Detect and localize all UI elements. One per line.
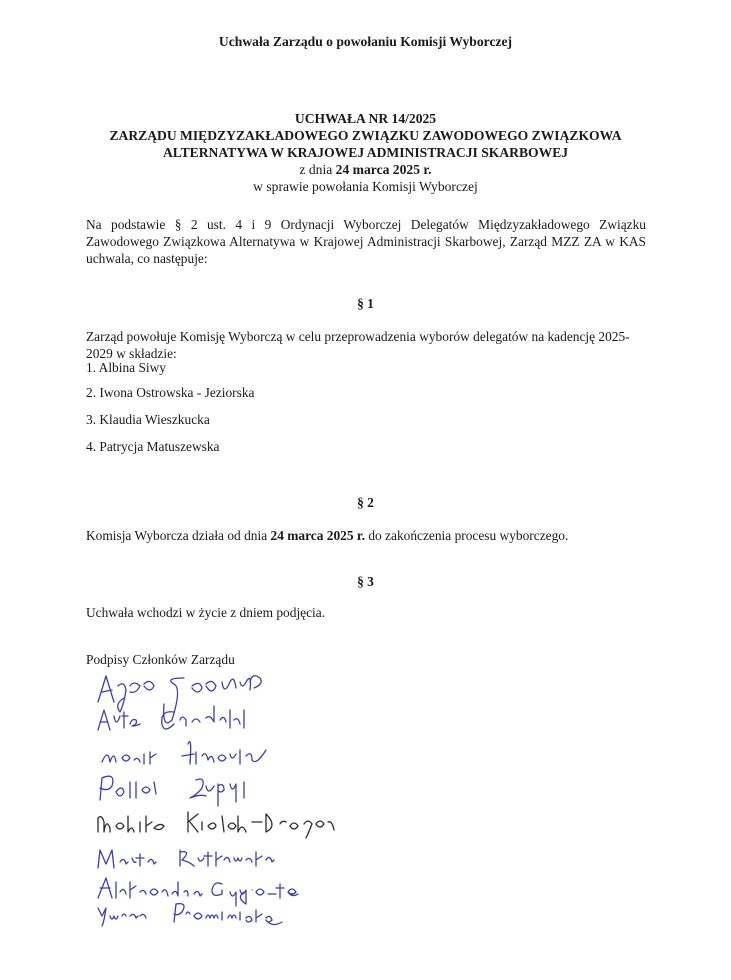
signature-stroke	[98, 878, 298, 906]
member-item: 3. Klaudia Wieszkucka	[86, 411, 666, 428]
page-header: Uchwała Zarządu o powołaniu Komisji Wybo…	[0, 34, 731, 50]
signature-stroke	[98, 904, 282, 926]
preamble-line1: Na podstawie § 2 ust. 4 i 9 Ordynacji Wy…	[86, 216, 646, 233]
signature-stroke	[98, 812, 334, 838]
date-prefix: z dnia	[299, 162, 335, 177]
section-2-text-after: do zakończenia procesu wyborczego.	[365, 528, 568, 543]
preamble-line2: Zawodowego Związkowa Alternatywa w Krajo…	[86, 233, 646, 250]
date-value: 24 marca 2025 r.	[336, 162, 432, 177]
section-1-heading: § 1	[0, 296, 731, 312]
section-2-date: 24 marca 2025 r.	[271, 528, 365, 543]
signature-stroke	[102, 742, 266, 765]
signatures-label: Podpisy Członków Zarządu	[86, 651, 666, 668]
handwritten-signatures	[84, 672, 384, 962]
signatures-area	[84, 672, 384, 962]
member-item: 2. Iwona Ostrowska - Jeziorska	[86, 384, 666, 401]
section-3-text: Uchwała wchodzi w życie z dniem podjęcia…	[86, 604, 666, 621]
member-item: 4. Patrycja Matuszewska	[86, 438, 666, 455]
signature-stroke	[100, 776, 244, 806]
resolution-date: z dnia 24 marca 2025 r.	[0, 161, 731, 178]
signature-stroke	[98, 706, 244, 730]
section-1-text-line1: Zarząd powołuje Komisję Wyborczą w celu …	[86, 328, 666, 345]
preamble-line3: uchwala, co następuje:	[86, 250, 666, 267]
section-3-heading: § 3	[0, 574, 731, 590]
resolution-body-line1: ZARZĄDU MIĘDZYZAKŁADOWEGO ZWIĄZKU ZAWODO…	[0, 127, 731, 144]
resolution-subject: w sprawie powołania Komisji Wyborczej	[0, 178, 731, 195]
member-item: 1. Albina Siwy	[86, 359, 666, 376]
section-2-text: Komisja Wyborcza działa od dnia 24 marca…	[86, 527, 666, 544]
section-2-heading: § 2	[0, 495, 731, 511]
resolution-body-line2: ALTERNATYWA W KRAJOWEJ ADMINISTRACJI SKA…	[0, 144, 731, 161]
signature-stroke	[98, 850, 274, 868]
resolution-number: UCHWAŁA NR 14/2025	[0, 110, 731, 127]
section-2-text-before: Komisja Wyborcza działa od dnia	[86, 528, 271, 543]
